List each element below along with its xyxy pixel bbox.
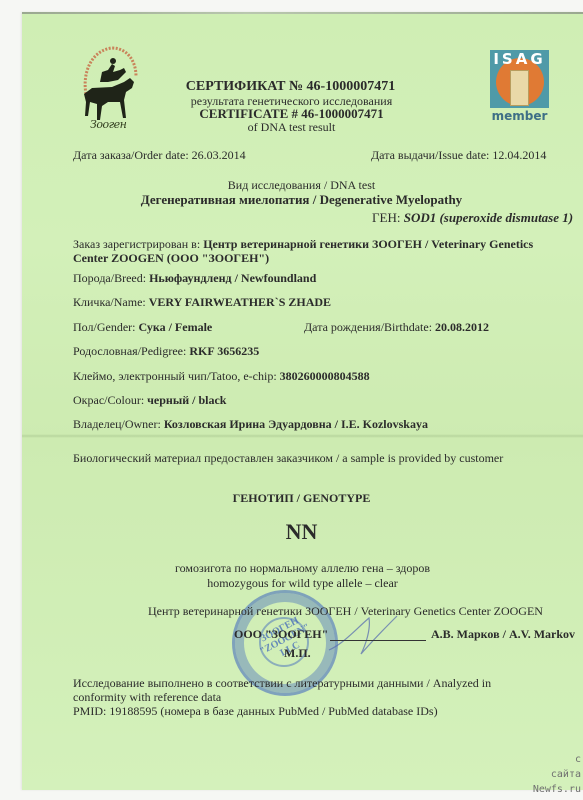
- breed-row: Порода/Breed: Ньюфаундленд / Newfoundlan…: [73, 271, 316, 286]
- pedigree-value: RKF 3656235: [189, 344, 259, 358]
- dna-test-type-label: Вид исследования / DNA test: [20, 178, 583, 193]
- watermark-line3: Newfs.ru: [533, 782, 581, 797]
- paper-fold-crease: [22, 434, 583, 438]
- pedigree-label: Родословная/Pedigree:: [73, 344, 189, 358]
- gender-row: Пол/Gender: Сука / Female: [73, 320, 212, 335]
- colour-row: Окрас/Colour: черный / black: [73, 393, 226, 408]
- order-registered-value-line1: Центр ветеринарной генетики ЗООГЕН / Vet…: [203, 237, 533, 251]
- order-registered-label: Заказ зарегистрирован в:: [73, 237, 203, 251]
- name-label: Кличка/Name:: [73, 295, 149, 309]
- analysis-note-line2: conformity with reference data: [73, 690, 221, 705]
- signature-signer: А.В. Марков / A.V. Markov: [431, 627, 575, 642]
- gene: ГЕН: SOD1 (superoxide dismutase 1): [372, 210, 573, 226]
- name-row: Кличка/Name: VERY FAIRWEATHER`S ZHADE: [73, 295, 331, 310]
- order-registered: Заказ зарегистрирован в: Центр ветеринар…: [73, 237, 533, 252]
- genotype-description-ru: гомозигота по нормальному аллелю гена – …: [22, 561, 583, 576]
- issue-date-value: 12.04.2014: [492, 148, 546, 162]
- order-date-value: 26.03.2014: [192, 148, 246, 162]
- genotype-description-en: homozygous for wild type allele – clear: [22, 576, 583, 591]
- certificate-title-ru: СЕРТИФИКАТ № 46-1000007471: [0, 79, 583, 95]
- pmid-reference: PMID: 19188595 (номера в базе данных Pub…: [73, 704, 438, 719]
- isag-logo-letters: ISAG: [490, 50, 549, 68]
- order-date-label: Дата заказа/Order date:: [73, 148, 192, 162]
- colour-value: черный / black: [147, 393, 226, 407]
- birthdate-value: 20.08.2012: [435, 320, 489, 334]
- issue-date-label: Дата выдачи/Issue date:: [371, 148, 492, 162]
- gene-value: SOD1 (superoxide dismutase 1): [404, 210, 573, 225]
- order-registered-value-line2: Center ZOOGEN (ООО "ЗООГЕН"): [73, 251, 269, 266]
- owner-label: Владелец/Owner:: [73, 417, 164, 431]
- certificate-subtitle-en: of DNA test result: [0, 120, 583, 135]
- signature-line: [330, 640, 426, 641]
- chip-value: 380260000804588: [280, 369, 370, 383]
- pedigree-row: Родословная/Pedigree: RKF 3656235: [73, 344, 259, 359]
- issue-date: Дата выдачи/Issue date: 12.04.2014: [371, 148, 546, 163]
- genotype-value: NN: [20, 519, 583, 545]
- chip-label: Клеймо, электронный чип/Tatoo, e-chip:: [73, 369, 280, 383]
- signature-center: Центр ветеринарной генетики ЗООГЕН / Vet…: [148, 604, 543, 619]
- watermark-line2: сайта: [533, 767, 581, 782]
- dna-test-name: Дегенеративная миелопатия / Degenerative…: [20, 192, 583, 208]
- site-watermark: с сайта Newfs.ru: [533, 752, 581, 797]
- breed-label: Порода/Breed:: [73, 271, 149, 285]
- sample-note: Биологический материал предоставлен зака…: [73, 451, 503, 466]
- name-value: VERY FAIRWEATHER`S ZHADE: [149, 295, 331, 309]
- seal-mark: М.П.: [284, 646, 311, 661]
- birthdate-row: Дата рождения/Birthdate: 20.08.2012: [304, 320, 489, 335]
- owner-value: Козловская Ирина Эдуардовна / I.E. Kozlo…: [164, 417, 428, 431]
- owner-row: Владелец/Owner: Козловская Ирина Эдуардо…: [73, 417, 428, 432]
- gender-value: Сука / Female: [138, 320, 212, 334]
- genotype-label: ГЕНОТИП / GENOTYPE: [20, 491, 583, 506]
- breed-value: Ньюфаундленд / Newfoundland: [149, 271, 316, 285]
- colour-label: Окрас/Colour:: [73, 393, 147, 407]
- chip-row: Клеймо, электронный чип/Tatoo, e-chip: 3…: [73, 369, 370, 384]
- signature-org: ООО "ЗООГЕН": [234, 627, 328, 642]
- watermark-line1: с: [533, 752, 581, 767]
- order-date: Дата заказа/Order date: 26.03.2014: [73, 148, 246, 163]
- gender-label: Пол/Gender:: [73, 320, 138, 334]
- gene-label: ГЕН:: [372, 210, 404, 225]
- analysis-note-line1: Исследование выполнено в соответствии с …: [73, 676, 491, 691]
- birthdate-label: Дата рождения/Birthdate:: [304, 320, 435, 334]
